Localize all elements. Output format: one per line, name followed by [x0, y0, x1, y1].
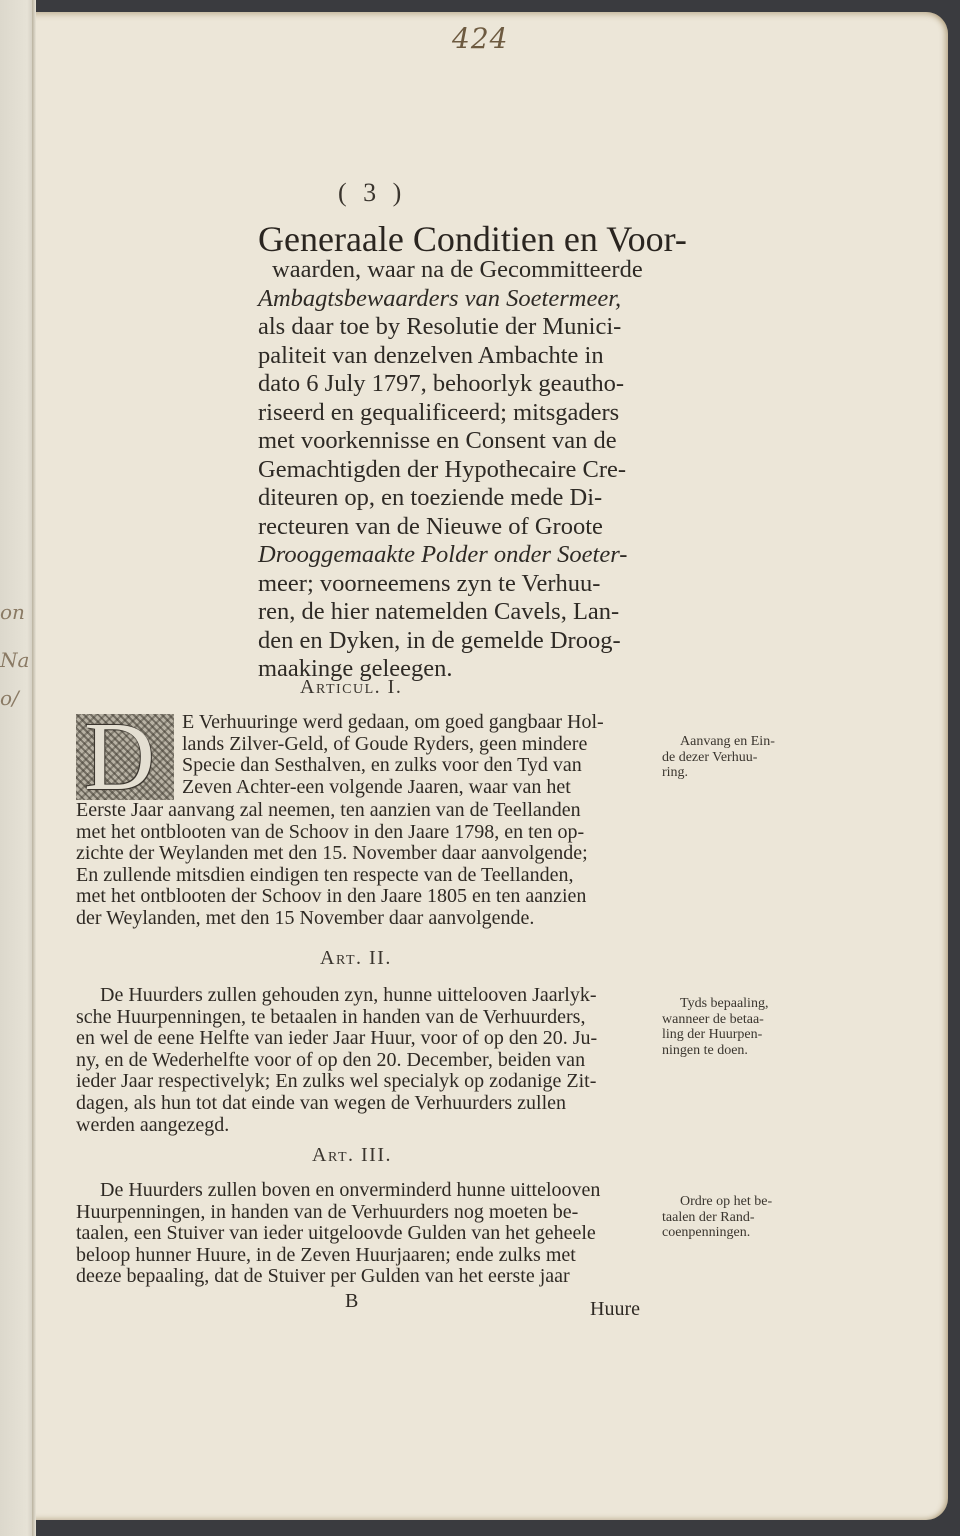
margin-note-line: de dezer Verhuu-	[662, 750, 816, 766]
intro-line: als daar toe by Resolutie der Munici-	[258, 313, 648, 342]
margin-note-line: wanneer de betaa-	[662, 1012, 816, 1028]
article-heading: Articul. I.	[300, 676, 402, 699]
article-line: sche Huurpenningen, te betaalen in hande…	[76, 1007, 648, 1029]
article-line: zichte der Weylanden met den 15. Novembe…	[76, 843, 648, 865]
article-line: De Huurders zullen boven en onverminderd…	[76, 1180, 648, 1202]
article-line: ieder Jaar respectivelyk; En zulks wel s…	[76, 1071, 648, 1093]
article-line: En zullende mitsdien eindigen ten respec…	[76, 865, 648, 887]
article-line: en wel de eene Helfte van ieder Jaar Huu…	[76, 1028, 648, 1050]
article-line: werden aangezegd.	[76, 1115, 648, 1137]
article-line: dagen, als hun tot dat einde van wegen d…	[76, 1093, 648, 1115]
margin-note-line: Ordre op het be-	[662, 1194, 816, 1210]
intro-line: diteuren op, en toeziende mede Di-	[258, 484, 648, 513]
article-line: Eerste Jaar aanvang zal neemen, ten aanz…	[76, 800, 648, 822]
article-line: der Weylanden, met den 15 November daar …	[76, 908, 648, 930]
article-line: ny, en de Wederhelfte voor of op den 20.…	[76, 1050, 648, 1072]
article-1-body: D E Verhuuringe werd gedaan, om goed gan…	[76, 712, 648, 930]
document-title: Generaale Conditien en Voor-	[258, 218, 648, 260]
page-number: ( 3 )	[338, 178, 401, 208]
article-line: met het ontblooten der Schoov in den Jaa…	[76, 886, 648, 908]
margin-note-line: Tyds bepaaling,	[662, 996, 816, 1012]
intro-line: ren, de hier natemelden Cavels, Lan-	[258, 598, 648, 627]
article-line: deeze bepaaling, dat de Stuiver per Guld…	[76, 1266, 648, 1288]
intro-paragraph: waarden, waar na de Gecommitteerde Ambag…	[258, 256, 648, 684]
margin-note-line: taalen der Rand-	[662, 1210, 816, 1226]
article-2-body: De Huurders zullen gehouden zyn, hunne u…	[76, 985, 648, 1136]
catchword: Huure	[590, 1298, 640, 1321]
intro-line: meer; voorneemens zyn te Verhuu-	[258, 570, 648, 599]
article-line: Huurpenningen, in handen van de Verhuurd…	[76, 1202, 648, 1224]
margin-note-line: ningen te doen.	[662, 1043, 816, 1059]
intro-line: dato 6 July 1797, behoorlyk geautho-	[258, 370, 648, 399]
intro-line: Drooggemaakte Polder onder Soeter-	[258, 541, 648, 570]
margin-handwriting: Na	[0, 648, 29, 672]
article-heading: Art. II.	[320, 947, 392, 970]
intro-line: met voorkennisse en Consent van de	[258, 427, 648, 456]
article-line: taalen, een Stuiver van ieder uitgeloovd…	[76, 1223, 648, 1245]
intro-line: paliteit van denzelven Ambachte in	[258, 342, 648, 371]
margin-note-line: Aanvang en Ein-	[662, 734, 816, 750]
page-gutter	[32, 0, 36, 1536]
intro-line: Gemachtigden der Hypothecaire Cre-	[258, 456, 648, 485]
intro-line: Ambagtsbewaarders van Soetermeer,	[258, 285, 648, 314]
margin-note: Ordre op het be- taalen der Rand- coenpe…	[662, 1194, 816, 1241]
article-line: beloop hunner Huure, in de Zeven Huurjaa…	[76, 1245, 648, 1267]
margin-note: Tyds bepaaling, wanneer de betaa- ling d…	[662, 996, 816, 1058]
margin-note-line: ring.	[662, 765, 816, 781]
intro-line: waarden, waar na de Gecommitteerde	[258, 256, 648, 285]
signature-mark: B	[345, 1290, 358, 1313]
article-line: De Huurders zullen gehouden zyn, hunne u…	[76, 985, 648, 1007]
margin-note: Aanvang en Ein- de dezer Verhuu- ring.	[662, 734, 816, 781]
article-3-body: De Huurders zullen boven en onverminderd…	[76, 1180, 648, 1288]
margin-handwriting: o/	[0, 686, 19, 710]
decorated-initial: D	[76, 714, 174, 800]
margin-note-line: coenpenningen.	[662, 1225, 816, 1241]
article-line: met het ontblooten van de Schoov in den …	[76, 822, 648, 844]
intro-line: riseerd en gequalificeerd; mitsgaders	[258, 399, 648, 428]
article-heading: Art. III.	[312, 1144, 392, 1167]
intro-line: recteuren van de Nieuwe of Groote	[258, 513, 648, 542]
adjacent-page-edge	[0, 0, 34, 1536]
margin-note-line: ling der Huurpen-	[662, 1027, 816, 1043]
drop-cap-letter: D	[84, 708, 155, 806]
margin-handwriting: on	[0, 600, 25, 624]
intro-line: den en Dyken, in de gemelde Droog-	[258, 627, 648, 656]
folio-number: 424	[452, 22, 508, 55]
